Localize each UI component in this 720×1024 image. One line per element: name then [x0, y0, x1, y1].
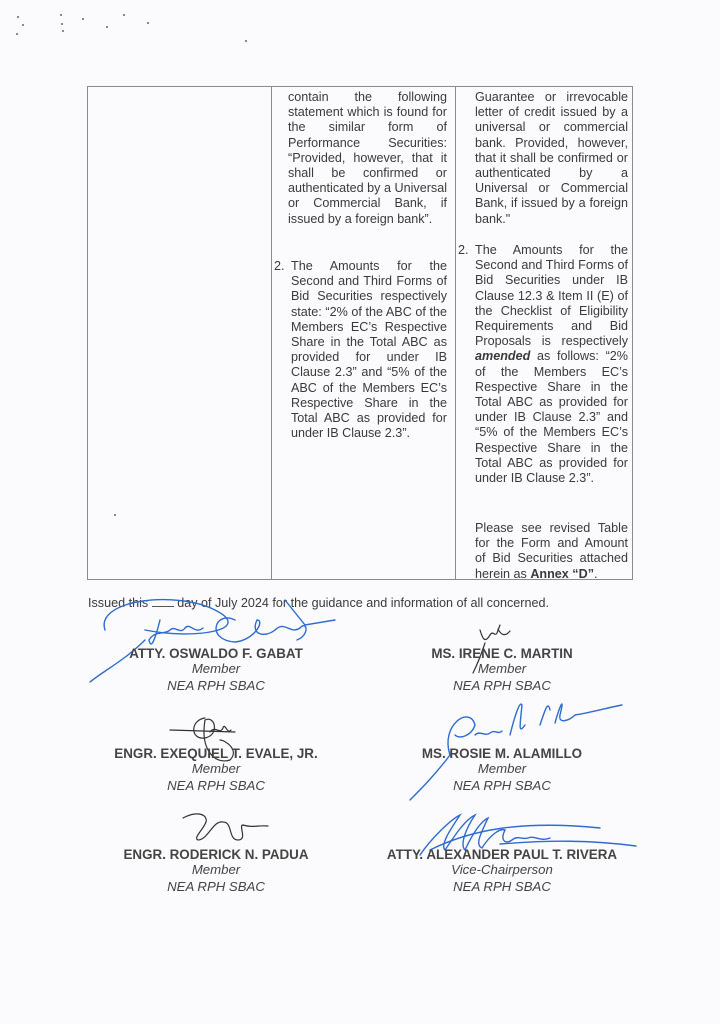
amended-paragraph-1: Guarantee or irrevocable letter of credi…	[475, 90, 628, 227]
annex-reference: Annex “D”	[530, 567, 594, 581]
table-column-amended: Guarantee or irrevocable letter of credi…	[456, 87, 632, 579]
item-number: 2.	[458, 243, 475, 486]
signatory-name: ATTY. OSWALDO F. GABAT	[76, 646, 356, 661]
signatory-role: Member	[76, 661, 356, 678]
signatory-alamillo: MS. ROSIE M. ALAMILLO Member NEA RPH SBA…	[362, 746, 642, 794]
signatory-martin: MS. IRENE C. MARTIN Member NEA RPH SBAC	[362, 646, 642, 694]
scan-speck	[82, 18, 84, 20]
signatory-name: MS. ROSIE M. ALAMILLO	[362, 746, 642, 761]
day-blank	[152, 596, 174, 607]
signatory-name: MS. IRENE C. MARTIN	[362, 646, 642, 661]
signatory-name: ENGR. EXEQUIEL T. EVALE, JR.	[76, 746, 356, 761]
scan-speck	[106, 26, 108, 28]
signatory-evale: ENGR. EXEQUIEL T. EVALE, JR. Member NEA …	[76, 746, 356, 794]
signatory-role: Member	[76, 761, 356, 778]
item-text-after: as follows: “2% of the Members EC’s Resp…	[475, 349, 628, 485]
signatory-org: NEA RPH SBAC	[76, 678, 356, 695]
scan-speck	[22, 24, 24, 26]
signatory-role: Member	[362, 661, 642, 678]
original-item-2: 2. The Amounts for the Second and Third …	[274, 259, 447, 441]
table-column-blank	[88, 87, 272, 579]
signatory-role: Member	[362, 761, 642, 778]
amendment-table: contain the following statement which is…	[87, 86, 633, 580]
item-text: The Amounts for the Second and Third For…	[475, 243, 628, 486]
signatory-role: Vice-Chairperson	[352, 862, 652, 879]
table-column-original: contain the following statement which is…	[272, 87, 456, 579]
signatory-gabat: ATTY. OSWALDO F. GABAT Member NEA RPH SB…	[76, 646, 356, 694]
annex-note-end: .	[594, 567, 598, 581]
signatory-rivera: ATTY. ALEXANDER PAUL T. RIVERA Vice-Chai…	[352, 847, 652, 895]
issued-after: day of July 2024 for the guidance and in…	[174, 596, 549, 610]
signatory-name: ATTY. ALEXANDER PAUL T. RIVERA	[352, 847, 652, 862]
scan-speck	[60, 14, 62, 16]
signatory-name: ENGR. RODERICK N. PADUA	[76, 847, 356, 862]
amended-emphasis: amended	[475, 349, 530, 363]
annex-note: Please see revised Table for the Form an…	[475, 521, 628, 582]
issued-before: Issued this	[88, 596, 152, 610]
signatory-org: NEA RPH SBAC	[76, 879, 356, 896]
scan-speck	[62, 30, 64, 32]
scan-speck	[16, 33, 18, 35]
signatory-padua: ENGR. RODERICK N. PADUA Member NEA RPH S…	[76, 847, 356, 895]
signatory-org: NEA RPH SBAC	[362, 678, 642, 695]
signatory-org: NEA RPH SBAC	[362, 778, 642, 795]
original-paragraph-1: contain the following statement which is…	[288, 90, 447, 227]
item-text: The Amounts for the Second and Third For…	[291, 259, 447, 441]
item-text-before: The Amounts for the Second and Third For…	[475, 243, 628, 348]
signatory-org: NEA RPH SBAC	[352, 879, 652, 896]
scan-speck	[147, 22, 149, 24]
scan-speck	[123, 14, 125, 16]
signature-padua-icon	[178, 810, 278, 850]
scan-speck	[61, 23, 63, 25]
signatory-role: Member	[76, 862, 356, 879]
amended-item-2: 2. The Amounts for the Second and Third …	[458, 243, 628, 486]
item-number: 2.	[274, 259, 291, 441]
signatory-org: NEA RPH SBAC	[76, 778, 356, 795]
issued-statement: Issued this day of July 2024 for the gui…	[88, 596, 549, 610]
scan-speck	[245, 40, 247, 42]
scan-speck	[17, 16, 19, 18]
